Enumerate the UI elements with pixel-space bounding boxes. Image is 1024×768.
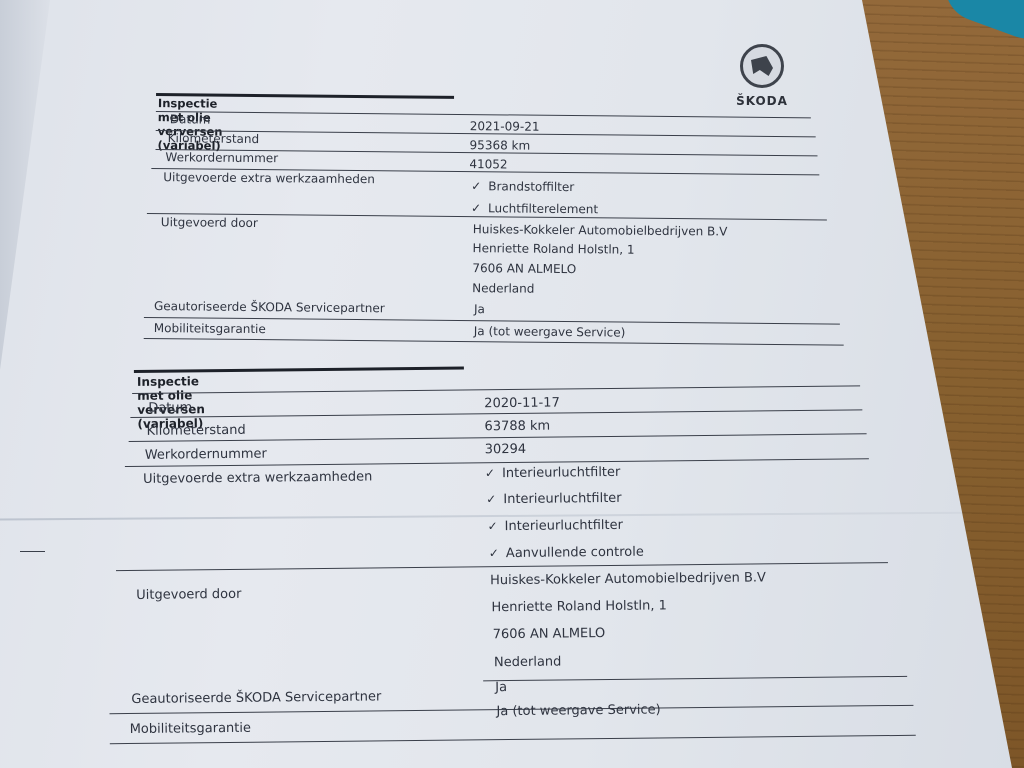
garage-street: Henriette Roland Holstln, 1 — [473, 241, 635, 257]
extra-work-item: ✓Aanvullende controle — [489, 545, 644, 562]
label-extra-work: Uitgevoerde extra werkzaamheden — [143, 469, 372, 486]
value-kilometerstand: 95368 km — [470, 138, 531, 153]
checkmark-icon: ✓ — [487, 519, 497, 533]
checkmark-icon: ✓ — [486, 492, 496, 506]
section-rule — [134, 367, 464, 373]
extra-work-item: ✓Interieurluchtfilter — [486, 491, 622, 507]
extra-work-text: Interieurluchtfilter — [502, 465, 620, 481]
garage-name: Huiskes-Kokkeler Automobielbedrijven B.V — [473, 222, 728, 238]
label-extra-work: Uitgevoerde extra werkzaamheden — [163, 170, 375, 186]
garage-city: 7606 AN ALMELO — [472, 261, 576, 276]
extra-work-text: Brandstoffilter — [488, 179, 574, 194]
value-werkordernummer: 30294 — [485, 442, 527, 457]
value-mobility-guarantee: Ja (tot weergave Service) — [496, 702, 660, 719]
value-datum: 2020-11-17 — [484, 396, 560, 412]
extra-work-item: ✓Luchtfilterelement — [471, 201, 598, 216]
label-werkordernummer: Werkordernummer — [145, 447, 267, 463]
checkmark-icon: ✓ — [471, 201, 481, 215]
checkmark-icon: ✓ — [471, 179, 481, 193]
garage-city: 7606 AN ALMELO — [493, 626, 606, 642]
label-kilometerstand: Kilometerstand — [146, 423, 245, 439]
divider — [144, 338, 844, 346]
divider — [132, 385, 860, 394]
extra-work-text: Luchtfilterelement — [488, 201, 598, 216]
extra-work-text: Aanvullende controle — [506, 545, 644, 561]
label-datum: Datum — [148, 400, 192, 415]
divider — [20, 551, 45, 552]
divider — [156, 111, 811, 118]
garage-name: Huiskes-Kokkeler Automobielbedrijven B.V — [490, 570, 766, 588]
service-record-sheet: ŠKODA Inspectie met olie verversen (vari… — [0, 0, 1024, 768]
divider — [483, 676, 907, 681]
value-mobility-guarantee: Ja (tot weergave Service) — [474, 324, 626, 339]
extra-work-item: ✓Interieurluchtfilter — [487, 518, 623, 534]
extra-work-item: ✓Interieurluchtfilter — [485, 465, 621, 481]
teal-object — [936, 0, 1024, 48]
checkmark-icon: ✓ — [489, 546, 499, 560]
divider — [110, 735, 916, 744]
garage-country: Nederland — [472, 281, 534, 296]
skoda-logo: ŠKODA — [730, 44, 794, 108]
label-performed-by: Uitgevoerd door — [161, 215, 258, 230]
brand-name: ŠKODA — [730, 94, 794, 108]
value-kilometerstand: 63788 km — [484, 419, 550, 435]
label-performed-by: Uitgevoerd door — [136, 587, 241, 603]
extra-work-item: ✓Brandstoffilter — [471, 179, 574, 194]
value-werkordernummer: 41052 — [469, 157, 507, 171]
label-werkordernummer: Werkordernummer — [165, 150, 278, 165]
extra-work-text: Interieurluchtfilter — [503, 491, 621, 507]
garage-country: Nederland — [494, 654, 562, 670]
label-authorized-partner: Geautoriseerde ŠKODA Servicepartner — [154, 299, 385, 315]
label-mobility-guarantee: Mobiliteitsgarantie — [154, 321, 266, 336]
value-authorized-partner: Ja — [474, 302, 485, 316]
extra-work-text: Interieurluchtfilter — [505, 518, 623, 534]
label-authorized-partner: Geautoriseerde ŠKODA Servicepartner — [131, 689, 381, 707]
label-datum: Datum — [170, 112, 211, 126]
value-datum: 2021-09-21 — [470, 119, 540, 134]
label-kilometerstand: Kilometerstand — [168, 131, 260, 146]
value-authorized-partner: Ja — [495, 680, 507, 695]
label-mobility-guarantee: Mobiliteitsgarantie — [130, 721, 251, 737]
skoda-arrow-icon — [740, 44, 784, 88]
divider — [116, 562, 888, 571]
garage-street: Henriette Roland Holstln, 1 — [491, 598, 667, 615]
checkmark-icon: ✓ — [485, 466, 495, 480]
